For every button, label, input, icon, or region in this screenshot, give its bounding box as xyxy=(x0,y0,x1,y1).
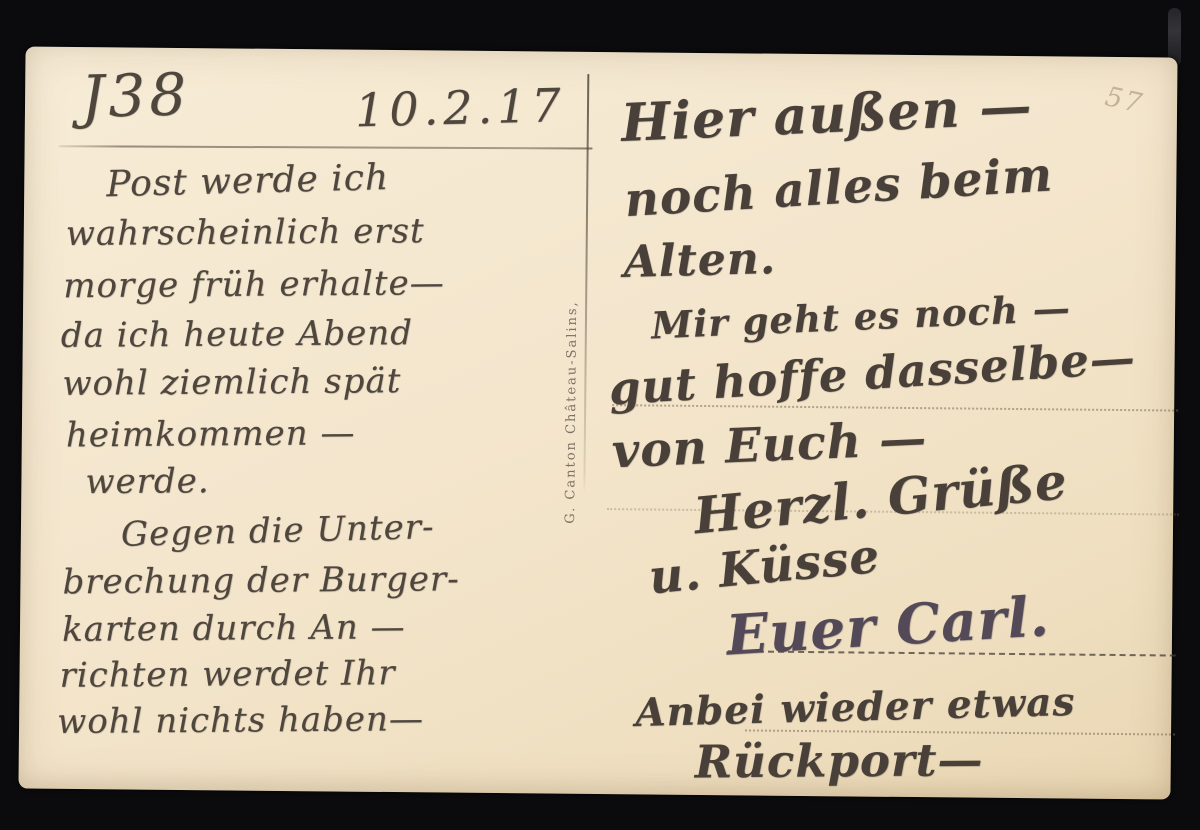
message-line: u. Küsse xyxy=(647,529,883,606)
message-line: Rückport— xyxy=(695,733,984,788)
message-line: Post werde ich xyxy=(106,157,390,205)
date-stamp: 10.2.17 xyxy=(354,78,566,137)
header-underline xyxy=(59,145,593,149)
postcard: J38 10.2.17 57 G. Canton Château-Salins,… xyxy=(18,46,1177,799)
message-line: wahrscheinlich erst xyxy=(66,211,425,254)
message-line: wohl ziemlich spät xyxy=(62,361,401,404)
message-line: brechung der Burger- xyxy=(62,559,459,602)
corner-number-pencil: 57 xyxy=(1102,81,1146,120)
corner-code: J38 xyxy=(80,60,191,131)
message-line: wohl nichts haben— xyxy=(57,699,424,742)
message-line: werde. xyxy=(85,461,209,502)
publisher-imprint: G. Canton Château-Salins, xyxy=(563,296,585,528)
photo-black-background: J38 10.2.17 57 G. Canton Château-Salins,… xyxy=(0,0,1200,830)
message-line: Anbei wieder etwas xyxy=(635,679,1076,736)
message-line: noch alles beim xyxy=(623,147,1054,228)
message-line: karten durch An — xyxy=(62,607,406,650)
message-line: da ich heute Abend xyxy=(61,313,413,356)
message-line: Gegen die Unter- xyxy=(120,507,434,555)
message-line: Hier außen — xyxy=(620,75,1034,154)
message-line: Alten. xyxy=(623,233,777,288)
message-line: heimkommen — xyxy=(66,413,356,455)
message-line: morge früh erhalte— xyxy=(63,263,445,306)
message-line: richten werdet Ihr xyxy=(59,653,395,696)
column-divider-line xyxy=(583,74,589,494)
